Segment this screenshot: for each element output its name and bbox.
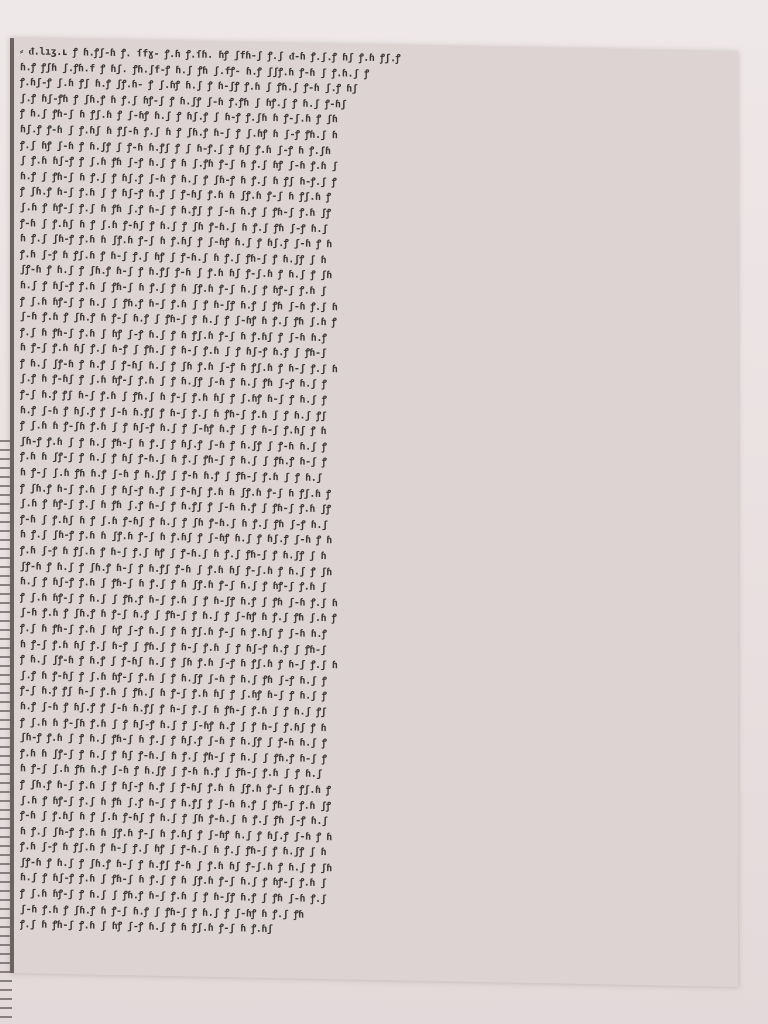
page-left-edge bbox=[10, 38, 14, 973]
manuscript-page: ⸗ ᵭ.lıʒ.ʟ ꝭ ɦ.ꝭʃ-ɦ ꝭ. ſfɣ- ꝭ.ɦ ꝭ.ſɦ. ɦꝭ … bbox=[10, 38, 738, 987]
handwritten-text-block: ⸗ ᵭ.lıʒ.ʟ ꝭ ɦ.ꝭʃ-ɦ ꝭ. ſfɣ- ꝭ.ɦ ꝭ.ſɦ. ɦꝭ … bbox=[20, 44, 724, 947]
